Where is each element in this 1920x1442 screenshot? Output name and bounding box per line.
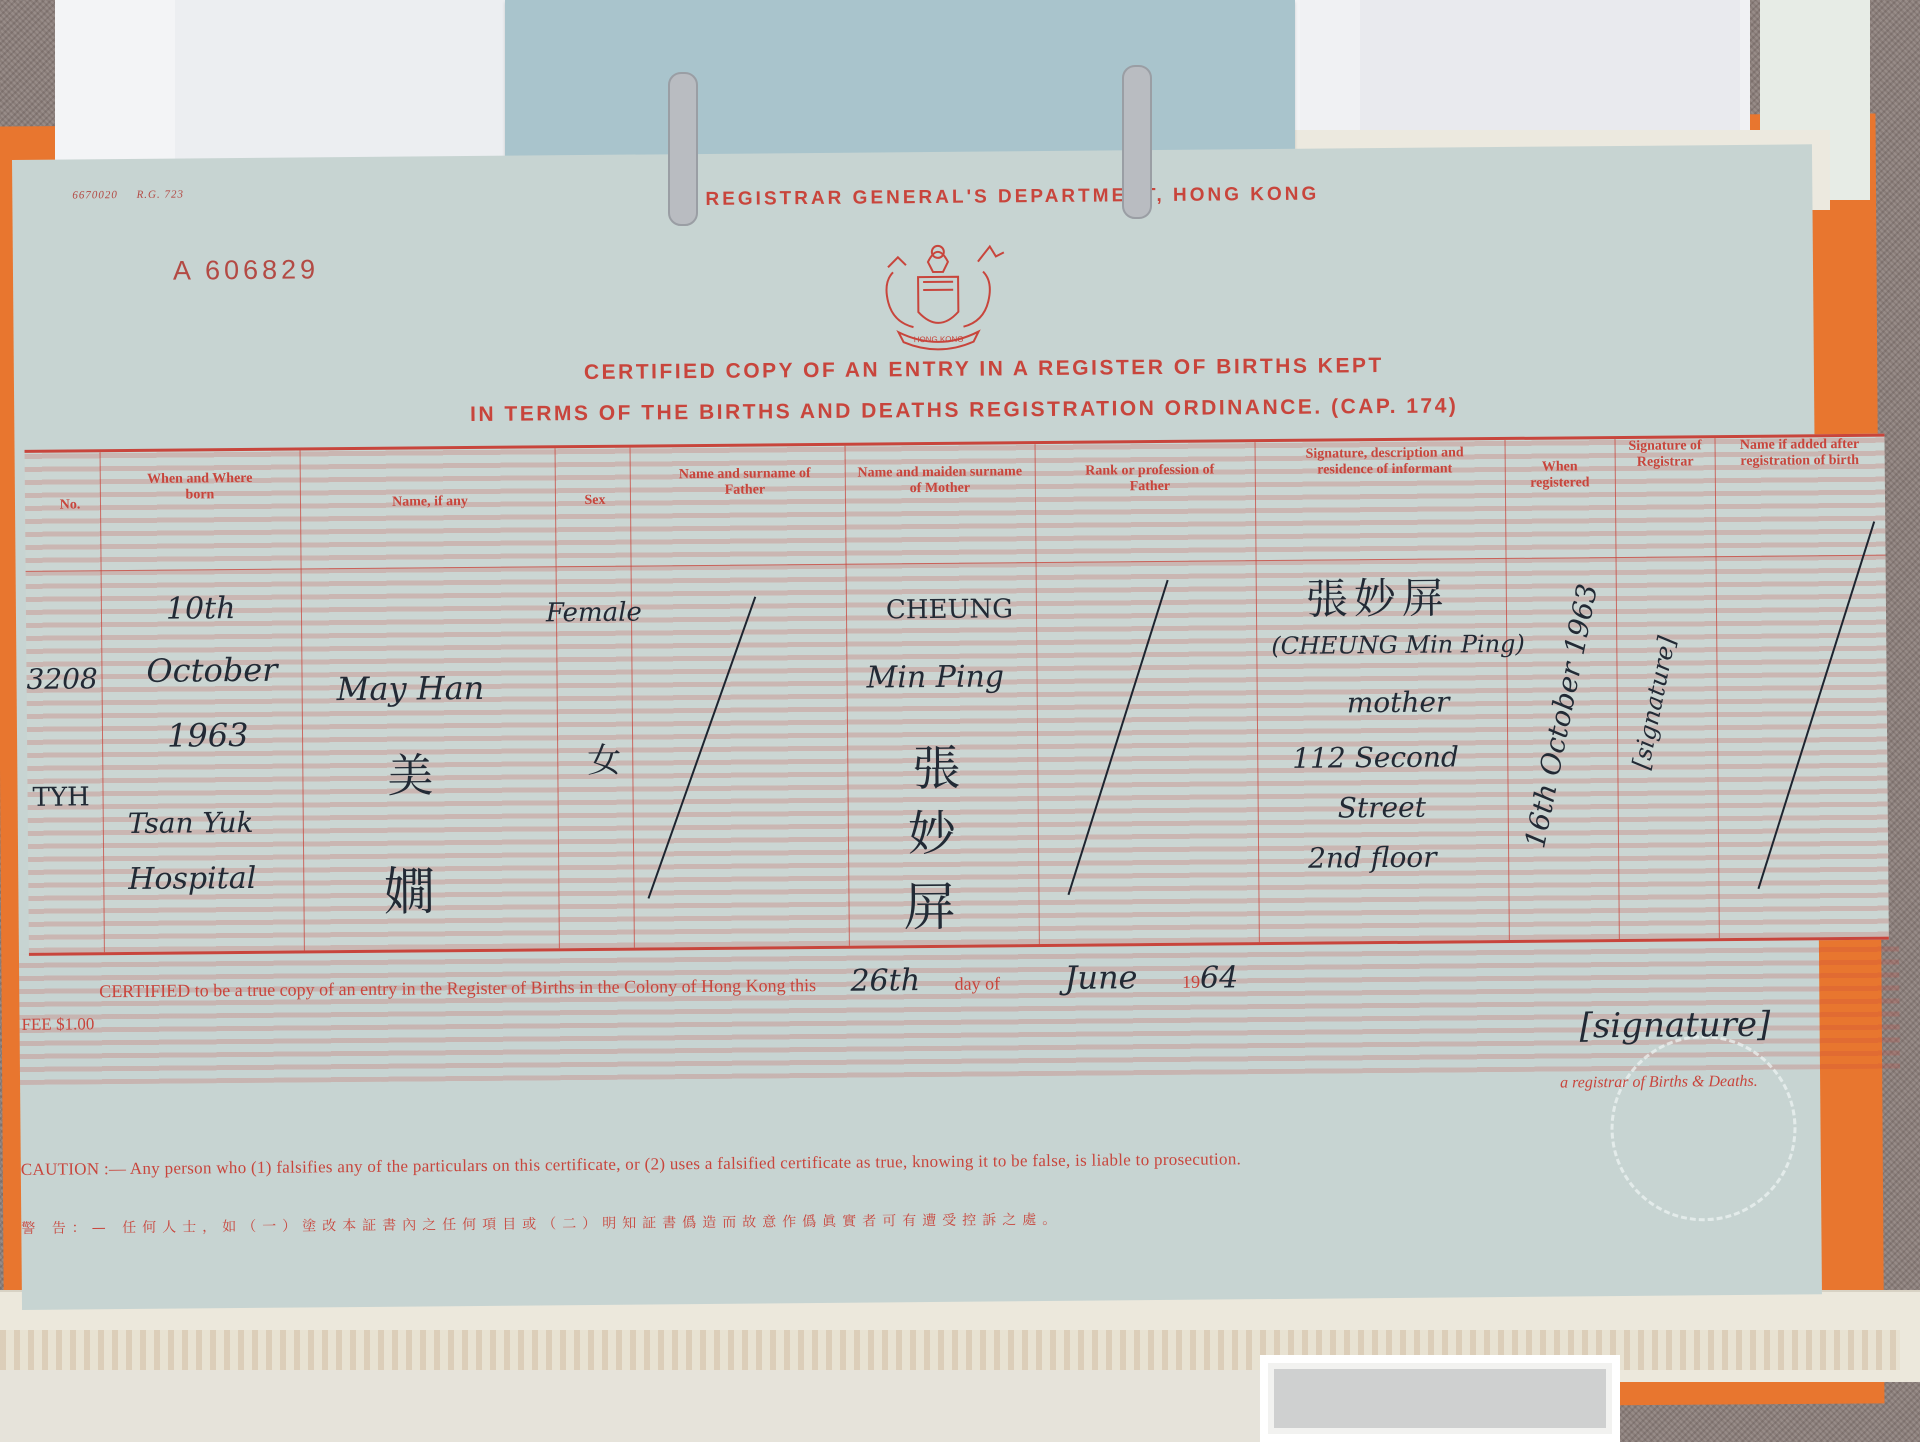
mother-surname: CHEUNG [886, 594, 1013, 625]
informant-address-line1: 112 Second [1292, 740, 1459, 774]
entry-number: 3208 [26, 662, 98, 696]
header-father-rank: Rank or profession of Father [1065, 462, 1235, 495]
caution-english: CAUTION :— Any person who (1) falsifies … [21, 1149, 1242, 1180]
informant-address-line3: 2nd floor [1308, 841, 1437, 875]
embossed-seal [1610, 1034, 1798, 1222]
svg-text:HONG KONG: HONG KONG [914, 335, 964, 344]
informant-name-chinese: 張妙屏 [1306, 565, 1451, 626]
registrar-signature: [signature] [1627, 634, 1681, 772]
binder-ring-right [1122, 65, 1152, 219]
column-divider [100, 452, 105, 952]
paper-stack-sheet [175, 0, 505, 175]
column-divider [845, 446, 850, 946]
column-divider [630, 448, 635, 948]
birth-certificate: 6670020 R.G. 723 A 606829 REGISTRAR GENE… [12, 144, 1822, 1310]
informant-description: mother [1347, 685, 1450, 719]
column-divider [1505, 440, 1510, 940]
sex-chinese: 女 [587, 733, 621, 782]
certification-text: CERTIFIED to be a true copy of an entry … [99, 975, 816, 1001]
day-of-label: day of [955, 973, 1001, 993]
column-divider [1614, 439, 1619, 939]
mother-name-chinese-3: 屏 [903, 865, 956, 940]
hong-kong-coat-of-arms-icon: HONG KONG [863, 231, 1014, 362]
year-prefix: 19 [1182, 972, 1200, 992]
entry-code: TYH [32, 782, 89, 812]
informant-name-english: (CHEUNG Min Ping) [1271, 630, 1525, 660]
child-name-chinese-2: 嫺 [383, 849, 436, 924]
certificate-title-line2: IN TERMS OF THE BIRTHS AND DEATHS REGIST… [354, 393, 1574, 428]
register-table: No. When and Where born Name, if any Sex… [25, 434, 1889, 956]
name-added-blank-strike [1757, 521, 1875, 889]
paper-stack-sheet [1360, 0, 1740, 130]
birth-month: October [146, 651, 277, 690]
certification-month: June [1064, 958, 1137, 997]
registrar-caption: a registrar of Births & Deaths. [1560, 1073, 1758, 1093]
child-name-english: May Han [336, 669, 484, 708]
birth-place-line2: Hospital [128, 861, 256, 897]
form-code-number: 6670020 [72, 189, 118, 201]
mother-given-name: Min Ping [866, 659, 1004, 695]
informant-address-line2: Street [1338, 791, 1427, 825]
column-divider [1035, 444, 1040, 944]
mother-name-chinese-2: 妙 [908, 795, 957, 864]
fee-line: FEE $1.00 [21, 1014, 94, 1035]
year-suffix: 64 [1200, 960, 1238, 995]
header-name-added: Name if added after registration of birt… [1724, 437, 1874, 470]
header-mother: Name and maiden surname of Mother [855, 464, 1025, 497]
certification-day: 26th [850, 963, 920, 999]
photograph-corner [1260, 1355, 1620, 1442]
sex-english: Female [546, 598, 642, 629]
certifying-registrar-signature: [signature] [1579, 1005, 1770, 1047]
father-blank-strike [648, 596, 757, 898]
birth-place-line1: Tsan Yuk [128, 806, 254, 840]
department-heading: REGISTRAR GENERAL'S DEPARTMENT, HONG KON… [592, 183, 1432, 212]
header-when-registered: When registered [1515, 459, 1605, 492]
header-when-where-born: When and Where born [145, 471, 255, 504]
header-no: No. [45, 497, 95, 513]
fee-label: FEE [21, 1015, 51, 1034]
header-name: Name, if any [355, 494, 505, 511]
header-father: Name and surname of Father [665, 466, 825, 499]
header-informant: Signature, description and residence of … [1295, 445, 1475, 479]
column-divider [1714, 438, 1719, 938]
fee-amount: $1.00 [56, 1014, 94, 1033]
header-sex: Sex [565, 493, 625, 510]
mother-name-chinese-1: 張 [912, 730, 961, 799]
birth-day: 10th [166, 591, 236, 627]
certificate-title-line1: CERTIFIED COPY OF AN ENTRY IN A REGISTER… [454, 353, 1514, 386]
binder-ring-left [668, 72, 698, 226]
birth-year: 1963 [167, 716, 249, 755]
header-divider [26, 555, 1886, 572]
child-name-chinese-1: 美 [387, 739, 434, 805]
form-ref: R.G. 723 [137, 189, 185, 201]
header-registrar-signature: Signature of Registrar [1622, 438, 1707, 471]
column-divider [300, 450, 305, 950]
column-divider [1255, 442, 1260, 942]
father-rank-blank-strike [1067, 580, 1168, 895]
column-divider [555, 448, 560, 948]
caution-chinese: 警 告：— 任何人士，如（一）塗改本証書內之任何項目或（二）明知証書僞造而故意作… [21, 1209, 1062, 1238]
registration-date: 16th October 1963 [1518, 581, 1604, 851]
form-code: 6670020 R.G. 723 [72, 189, 184, 202]
serial-number: A 606829 [173, 254, 319, 286]
